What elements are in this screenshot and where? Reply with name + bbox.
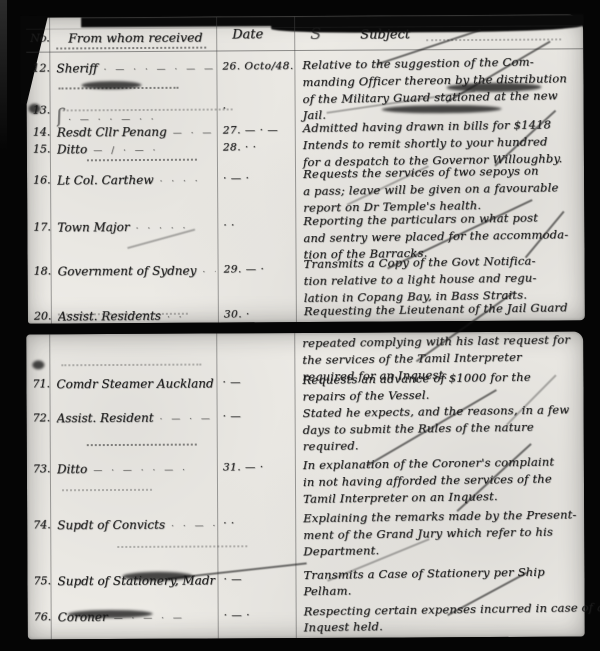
dotted-leader: · ·	[167, 313, 185, 323]
entry-number: 15.	[33, 143, 51, 156]
entry-sender: ʃ· — · · — · ·	[57, 103, 157, 128]
entry-sender: Government of Sydney· ·	[58, 264, 216, 279]
entry-number: 73.	[33, 462, 51, 475]
subject-line: repairs of the Vessel.	[302, 388, 429, 404]
entry-number: 17.	[33, 221, 51, 234]
sender-name: Town Major	[57, 220, 129, 234]
ink-smudge	[87, 444, 197, 447]
subject-line: tion relative to a light house and regu-	[304, 271, 537, 288]
subject-line: required.	[303, 438, 359, 453]
dotted-leader: · · · ·	[160, 177, 201, 187]
column-header-no: No.	[30, 32, 50, 45]
sender-name: Assist. Resident	[57, 411, 154, 426]
register-page-bottom: repeated complying with his last request…	[26, 332, 585, 640]
sender-name: Government of Sydney	[58, 264, 197, 279]
subject-continuation-line: repeated complying with his last request…	[302, 332, 570, 350]
subject-line: Requests the services of two sepoys on	[303, 164, 539, 181]
sender-name: Ditto	[57, 462, 87, 476]
entry-date: · —	[222, 376, 241, 388]
ink-smudge	[117, 545, 247, 548]
ink-smudge	[382, 105, 502, 114]
column-rule	[216, 333, 219, 638]
subject-line: in not having afforded the services of t…	[303, 472, 552, 489]
subject-line: Respecting certain expenses incurred in …	[304, 600, 600, 618]
entry-number: 72.	[33, 411, 51, 424]
entry-sender: Assist. Resident· — · — ·	[57, 410, 215, 425]
ink-smudge	[62, 489, 152, 491]
subject-line: and sentry were placed for the accommoda…	[303, 227, 568, 245]
dotted-leader: — · — · —	[114, 614, 185, 624]
flourish-mark: S	[310, 24, 321, 43]
dotted-leader: — · —	[173, 129, 215, 139]
entry-date: · ·	[223, 219, 235, 231]
subject-line: Explaining the remarks made by the Prese…	[303, 507, 577, 525]
subject-line: a pass; leave will be given on a favoura…	[303, 180, 559, 198]
register-page-top: No. From whom received Date S Subject 12…	[26, 14, 585, 323]
scanned-register-image: No. From whom received Date S Subject 12…	[0, 0, 600, 651]
entry-number: 18.	[34, 265, 52, 278]
ink-smudge	[56, 47, 206, 50]
entry-sender: Ditto— / · — ·	[57, 142, 159, 157]
entry-number: 13.	[33, 104, 51, 117]
column-rule	[294, 333, 297, 638]
column-header-date: Date	[232, 27, 263, 42]
subject-line: Reporting the particulars on what post	[303, 211, 538, 228]
entry-date: 29. — ·	[224, 263, 265, 275]
sender-name: Supdt of Stationery, Madras	[57, 573, 215, 588]
subject-line: Stated he expects, and the reasons, in a…	[303, 402, 570, 420]
entry-number: 20.	[34, 310, 52, 323]
ink-smudge	[32, 360, 44, 369]
dotted-leader: — · — · · — ·	[93, 466, 188, 476]
sender-name: Coroner	[58, 610, 108, 624]
entry-number: 16.	[33, 174, 51, 187]
entry-sender: Lt Col. Carthew· · · ·	[57, 173, 201, 188]
entry-date: · ·	[223, 517, 235, 529]
subject-line: of the Military Guard stationed at the n…	[302, 88, 557, 106]
subject-line: Pelham.	[303, 584, 351, 599]
entry-date: ·	[223, 102, 227, 114]
subject-line: Transmits a Case of Stationery per Ship	[303, 565, 545, 582]
entry-sender: Supdt of Stationery, Madras— ·	[57, 573, 215, 588]
entry-sender: Ditto— · — · · — ·	[57, 462, 188, 477]
entry-number: 76.	[34, 610, 52, 623]
column-header-from: From whom received	[68, 30, 202, 46]
entry-number: 12.	[32, 62, 50, 75]
sender-name: ʃ	[57, 103, 63, 127]
ink-smudge	[61, 364, 201, 367]
sender-name: Assist. Residents	[58, 309, 161, 324]
sender-name: Ditto	[57, 142, 87, 156]
sender-name: Lt Col. Carthew	[57, 173, 154, 188]
subject-line: Requesting the Lieutenant of the Jail Gu…	[304, 300, 568, 318]
column-rule	[216, 17, 219, 323]
subject-line: Inquest held.	[304, 619, 383, 634]
entry-sender: Comdr Steamer Auckland· — ·	[56, 376, 214, 391]
entry-sender: Town Major· · · · ·	[57, 220, 188, 235]
entry-number: 14.	[33, 126, 51, 139]
entry-number: 71.	[32, 377, 50, 390]
entry-date: 26. Octo/48.	[222, 60, 293, 72]
entry-sender: Supdt of Convicts· · — · — ·	[57, 517, 215, 532]
subject-line: Transmits a Copy of the Govt Notifica-	[303, 254, 535, 271]
film-edge-streak	[0, 0, 7, 150]
ink-smudge	[87, 159, 197, 162]
subject-line: Department.	[303, 543, 379, 558]
sender-name: Comdr Steamer Auckland	[56, 376, 213, 391]
entry-date: 28. · ·	[223, 141, 257, 153]
subject-line: Admitted having drawn in bills for $1418	[303, 117, 552, 135]
sender-name: Sheriff	[56, 61, 97, 75]
subject-continuation-line: the services of the Tamil Interpreter	[302, 350, 522, 367]
entry-date: · — ·	[224, 609, 250, 621]
subject-line: Requests an advance of $1000 for the	[302, 370, 531, 387]
dotted-leader: · · — · — ·	[171, 521, 215, 531]
dotted-leader: · — · — ·	[160, 414, 215, 424]
dotted-leader: — / · — ·	[93, 146, 158, 156]
entry-sender: Sheriff· — · · — · — —	[56, 61, 214, 76]
entry-date: 31. — ·	[223, 461, 264, 473]
entry-date: 30. ·	[224, 308, 250, 320]
sender-name: Supdt of Convicts	[57, 518, 165, 533]
dotted-leader: · · · · ·	[136, 224, 189, 234]
subject-line: Tamil Interpreter on an Inquest.	[303, 489, 498, 506]
sender-name: Resdt Cllr Penang	[57, 125, 167, 140]
subject-line: In explanation of the Coroner's complain…	[303, 455, 554, 473]
entry-date: · — ·	[223, 172, 249, 184]
dotted-leader: · — · · — · ·	[68, 115, 157, 126]
column-rule	[294, 16, 297, 322]
entry-sender: Coroner— · — · —	[58, 610, 185, 625]
entry-sender: Assist. Residents· ·	[58, 309, 185, 324]
subject-line: ment of the Grand Jury which refer to hi…	[303, 525, 553, 542]
entry-date: · —	[223, 410, 242, 422]
column-header-subject: Subject	[360, 27, 410, 42]
subject-line: days to submit the Rules of the nature	[303, 420, 534, 437]
entry-sender: Resdt Cllr Penang— · —	[57, 125, 215, 140]
entry-date: 27. — · —	[223, 124, 279, 136]
dotted-leader: · ·	[202, 268, 215, 278]
entry-date: · —	[223, 573, 242, 585]
entry-number: 74.	[33, 518, 51, 531]
entry-number: 75.	[33, 574, 51, 587]
dotted-leader: · — · · — · — —	[104, 65, 215, 76]
